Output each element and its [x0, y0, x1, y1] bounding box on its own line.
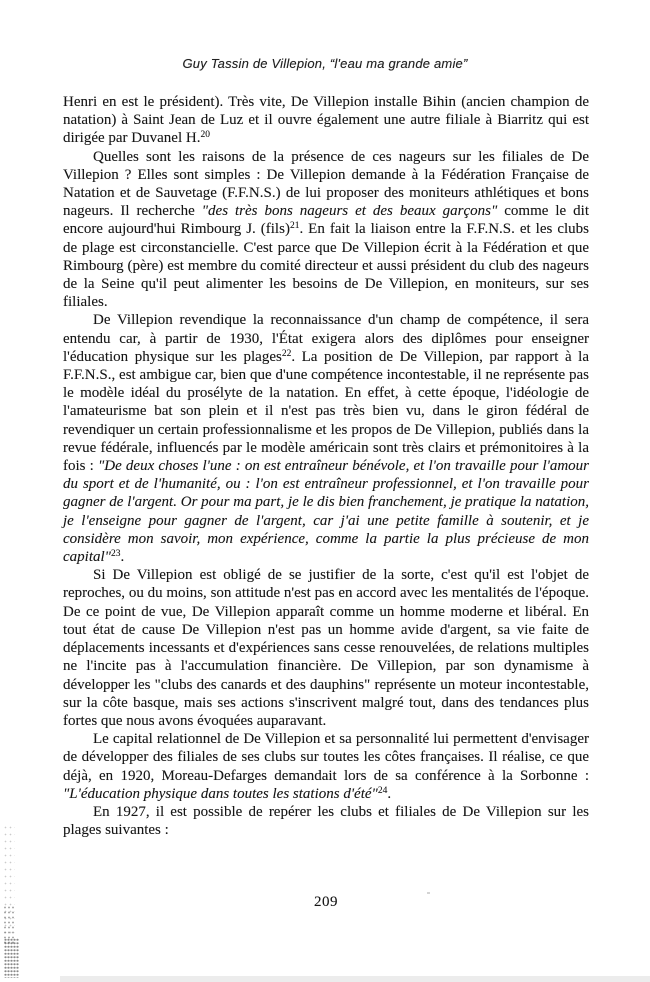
page-number: 209 — [63, 894, 589, 911]
footnote-reference: 23 — [111, 549, 121, 559]
text-segment: Le capital relationnel de De Villepion e… — [63, 731, 589, 783]
text-segment: . — [387, 786, 391, 802]
paragraph: De Villepion revendique la reconnaissanc… — [63, 311, 589, 566]
scan-speck — [427, 892, 430, 894]
text-segment: En 1927, il est possible de repérer les … — [63, 804, 589, 838]
paragraph: En 1927, il est possible de repérer les … — [63, 803, 589, 839]
paragraph: Si De Villepion est obligé de se justifi… — [63, 566, 589, 730]
paragraph: Quelles sont les raisons de la présence … — [63, 148, 589, 312]
text-block: Henri en est le président). Très vite, D… — [63, 93, 589, 839]
footnote-reference: 24 — [378, 786, 388, 796]
text-segment: "des très bons nageurs et des beaux garç… — [202, 203, 498, 219]
text-segment: . — [120, 549, 124, 565]
footnote-reference: 21 — [290, 221, 300, 231]
footnote-reference: 20 — [200, 130, 210, 140]
text-segment: "L'éducation physique dans toutes les st… — [63, 786, 378, 802]
paragraph: Henri en est le président). Très vite, D… — [63, 93, 589, 148]
footnote-reference: 22 — [282, 349, 292, 359]
scan-noise-left-dense — [4, 938, 19, 978]
text-segment: Si De Villepion est obligé de se justifi… — [63, 567, 589, 729]
running-header: Guy Tassin de Villepion, “l'eau ma grand… — [0, 56, 650, 71]
text-segment: Henri en est le président). Très vite, D… — [63, 94, 589, 146]
paragraph: Le capital relationnel de De Villepion e… — [63, 730, 589, 803]
text-segment: . La position de De Villepion, par rappo… — [63, 349, 589, 474]
scanned-book-page: Guy Tassin de Villepion, “l'eau ma grand… — [0, 0, 650, 982]
scan-edge-shadow-bottom — [60, 976, 650, 982]
text-segment: "De deux choses l'une : on est entraîneu… — [63, 458, 589, 565]
